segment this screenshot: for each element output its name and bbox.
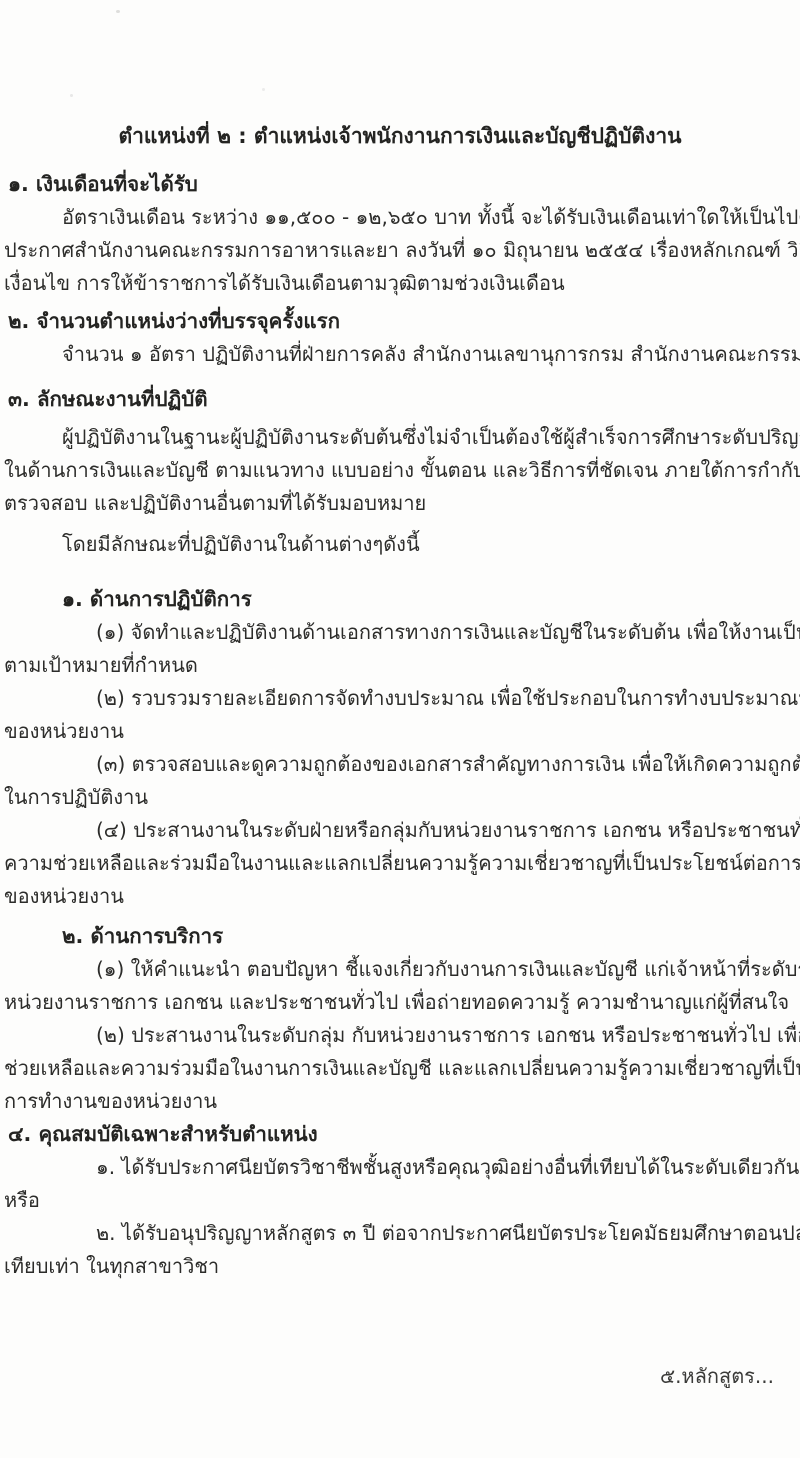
operational-duty-line: (๑) จัดทำและปฏิบัติงานด้านเอกสารทางการเง…: [0, 616, 800, 649]
service-duty-line: ช่วยเหลือและความร่วมมือในงานการเงินและบั…: [0, 1052, 800, 1085]
document-title: ตำแหน่งที่ ๒ : ตำแหน่งเจ้าพนักงานการเงิน…: [0, 120, 800, 153]
operational-duty-line: ของหน่วยงาน: [0, 715, 800, 748]
section-heading-salary: ๑. เงินเดือนที่จะได้รับ: [0, 168, 800, 201]
salary-text-line: อัตราเงินเดือน ระหว่าง ๑๑,๕๐๐ - ๑๒,๖๕๐ บ…: [0, 201, 800, 234]
operational-duty-line: ตามเป้าหมายที่กำหนด: [0, 649, 800, 682]
job-intro-line: ในด้านการเงินและบัญชี ตามแนวทาง แบบอย่าง…: [0, 454, 800, 487]
qualification-line: ๑. ได้รับประกาศนียบัตรวิชาชีพชั้นสูงหรือ…: [0, 1151, 800, 1184]
page-continuation-mark: ๕.หลักสูตร...: [660, 1360, 774, 1393]
subsection-heading-operational: ๑. ด้านการปฏิบัติการ: [0, 583, 800, 616]
job-lead-line: โดยมีลักษณะที่ปฏิบัติงานในด้านต่างๆดังนี…: [0, 528, 800, 561]
qualification-line: หรือ: [0, 1184, 800, 1217]
section-heading-qualifications: ๔. คุณสมบัติเฉพาะสำหรับตำแหน่ง: [0, 1118, 800, 1151]
job-intro-line: ผู้ปฏิบัติงานในฐานะผู้ปฏิบัติงานระดับต้น…: [0, 421, 800, 454]
salary-text-line: เงื่อนไข การให้ข้าราชการได้รับเงินเดือนต…: [0, 267, 800, 300]
salary-text-line: ประกาศสำนักงานคณะกรรมการอาหารและยา ลงวัน…: [0, 234, 800, 267]
scan-speck: [116, 10, 120, 13]
scan-speck: [70, 94, 73, 97]
service-duty-line: หน่วยงานราชการ เอกชน และประชาชนทั่วไป เพ…: [0, 986, 800, 1019]
qualification-line: ๒. ได้รับอนุปริญญาหลักสูตร ๓ ปี ต่อจากปร…: [0, 1217, 800, 1250]
section-heading-vacancy: ๒. จำนวนตำแหน่งว่างที่บรรจุครั้งแรก: [0, 305, 800, 338]
section-heading-job-description: ๓. ลักษณะงานที่ปฏิบัติ: [0, 383, 800, 416]
service-duty-line: (๒) ประสานงานในระดับกลุ่ม กับหน่วยงานราช…: [0, 1019, 800, 1052]
job-intro-line: ตรวจสอบ และปฏิบัติงานอื่นตามที่ได้รับมอบ…: [0, 487, 800, 520]
scan-speck: [262, 88, 265, 91]
vacancy-text-line: จำนวน ๑ อัตรา ปฏิบัติงานที่ฝ่ายการคลัง ส…: [0, 338, 800, 371]
operational-duty-line: (๓) ตรวจสอบและดูความถูกต้องของเอกสารสำคั…: [0, 748, 800, 781]
service-duty-line: (๑) ให้คำแนะนำ ตอบปัญหา ชี้แจงเกี่ยวกับง…: [0, 953, 800, 986]
scanned-document-page: ตำแหน่งที่ ๒ : ตำแหน่งเจ้าพนักงานการเงิน…: [0, 0, 800, 1458]
operational-duty-line: (๒) รวบรวมรายละเอียดการจัดทำงบประมาณ เพื…: [0, 682, 800, 715]
operational-duty-line: ในการปฏิบัติงาน: [0, 781, 800, 814]
subsection-heading-service: ๒. ด้านการบริการ: [0, 920, 800, 953]
operational-duty-line: ความช่วยเหลือและร่วมมือในงานและแลกเปลี่ย…: [0, 847, 800, 880]
operational-duty-line: (๔) ประสานงานในระดับฝ่ายหรือกลุ่มกับหน่ว…: [0, 814, 800, 847]
operational-duty-line: ของหน่วยงาน: [0, 880, 800, 913]
qualification-line: เทียบเท่า ในทุกสาขาวิชา: [0, 1250, 800, 1283]
service-duty-line: การทำงานของหน่วยงาน: [0, 1085, 800, 1118]
